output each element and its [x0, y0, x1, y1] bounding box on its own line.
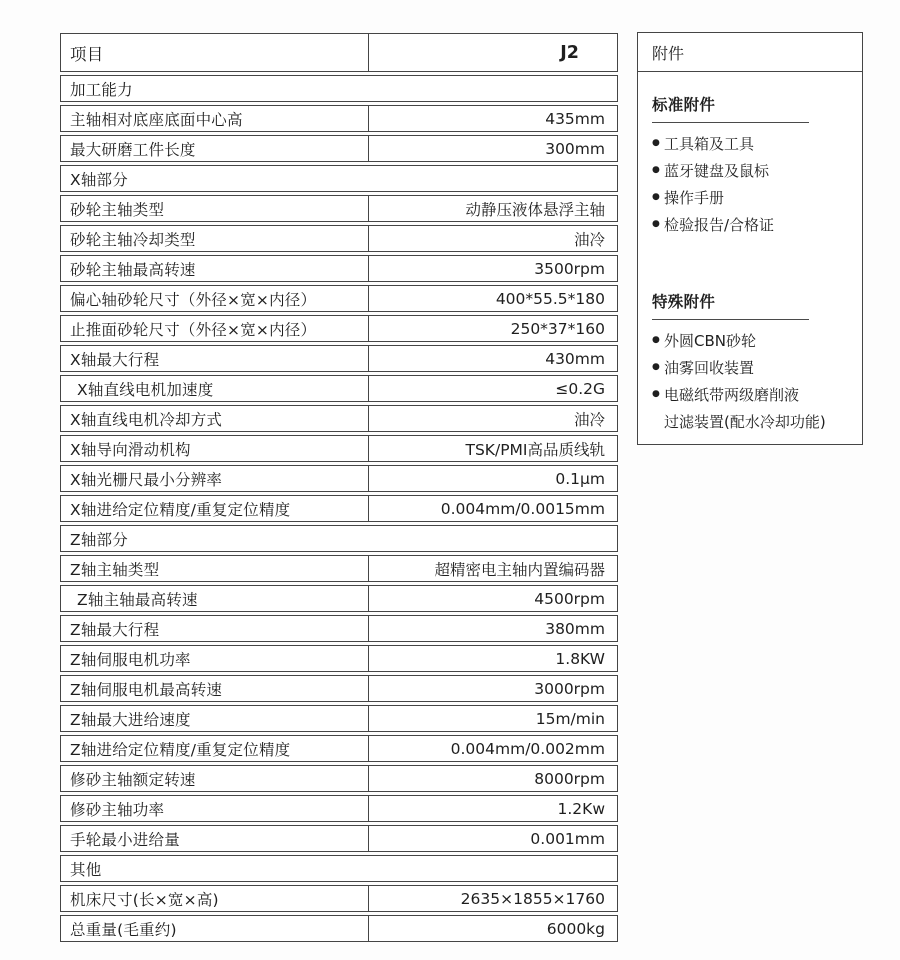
row-label: Z轴伺服电机最高转速 [61, 676, 368, 701]
row-value: 0.001mm [368, 826, 617, 851]
section-row: 加工能力 [60, 75, 618, 102]
accessory-section-heading: 标准附件 [652, 93, 809, 123]
table-row: 修砂主轴额定转速 8000rpm [60, 765, 618, 792]
accessory-item-text: 外圆CBN砂轮 [664, 330, 756, 351]
row-label: 修砂主轴额定转速 [61, 766, 368, 791]
row-value: 8000rpm [368, 766, 617, 791]
bullet-icon: ● [652, 336, 664, 345]
row-label: 砂轮主轴类型 [61, 196, 368, 221]
accessory-list: ● 外圆CBN砂轮 ● 油雾回收装置 ● 电磁纸带两级磨削液 过滤装置(配水冷却… [652, 327, 848, 435]
section-row: Z轴部分 [60, 525, 618, 552]
row-label: 止推面砂轮尺寸（外径×宽×内径） [61, 316, 368, 341]
row-label: 主轴相对底座底面中心高 [61, 106, 368, 131]
row-label: Z轴最大进给速度 [61, 706, 368, 731]
row-value: 动静压液体悬浮主轴 [368, 196, 617, 221]
table-row: 偏心轴砂轮尺寸（外径×宽×内径） 400*55.5*180 [60, 285, 618, 312]
bullet-icon: ● [652, 220, 664, 229]
row-value: 油冷 [368, 226, 617, 251]
row-value: 6000kg [368, 916, 617, 941]
table-row: 总重量(毛重约) 6000kg [60, 915, 618, 942]
table-row: Z轴最大进给速度 15m/min [60, 705, 618, 732]
table-row: X轴进给定位精度/重复定位精度 0.004mm/0.0015mm [60, 495, 618, 522]
bullet-icon: ● [652, 363, 664, 372]
row-value: 250*37*160 [368, 316, 617, 341]
spec-table-body: 加工能力 主轴相对底座底面中心高 435mm 最大研磨工件长度 300mm X轴… [60, 75, 618, 942]
accessory-item: ● 操作手册 [652, 184, 848, 211]
accessory-item: ● 油雾回收装置 [652, 354, 848, 381]
row-value: 300mm [368, 136, 617, 161]
bullet-icon: ● [652, 193, 664, 202]
row-label: X轴直线电机加速度 [61, 376, 368, 401]
row-label: X轴最大行程 [61, 346, 368, 371]
spec-table: 项目 J2 加工能力 主轴相对底座底面中心高 435mm 最大研磨工件长度 30… [60, 33, 618, 942]
row-label: Z轴进给定位精度/重复定位精度 [61, 736, 368, 761]
accessory-item-text: 工具箱及工具 [664, 133, 754, 154]
bullet-icon: ● [652, 390, 664, 399]
row-label: 其他 [61, 856, 617, 881]
table-row: X轴光栅尺最小分辨率 0.1μm [60, 465, 618, 492]
accessory-item-text: 过滤装置(配水冷却功能) [664, 411, 826, 432]
row-value: ≤0.2G [368, 376, 617, 401]
bullet-icon: ● [652, 139, 664, 148]
accessory-section: 特殊附件 ● 外圆CBN砂轮 ● 油雾回收装置 ● 电磁纸带两级磨削液 过滤装置… [652, 290, 848, 435]
accessories-title: 附件 [638, 33, 862, 72]
row-value: 400*55.5*180 [368, 286, 617, 311]
accessory-item: 过滤装置(配水冷却功能) [652, 408, 848, 435]
table-row: 手轮最小进给量 0.001mm [60, 825, 618, 852]
row-value: 2635×1855×1760 [368, 886, 617, 911]
row-value: 0.1μm [368, 466, 617, 491]
row-value: 0.004mm/0.0015mm [368, 496, 617, 521]
row-label: Z轴伺服电机功率 [61, 646, 368, 671]
row-label: X轴直线电机冷却方式 [61, 406, 368, 431]
row-label: 修砂主轴功率 [61, 796, 368, 821]
table-row: X轴直线电机加速度 ≤0.2G [60, 375, 618, 402]
accessory-list: ● 工具箱及工具 ● 蓝牙键盘及鼠标 ● 操作手册 ● 检验报告/合格证 [652, 130, 848, 238]
accessory-item-text: 油雾回收装置 [664, 357, 754, 378]
table-row: X轴直线电机冷却方式 油冷 [60, 405, 618, 432]
row-label: Z轴部分 [61, 526, 617, 551]
row-label: 机床尺寸(长×宽×高) [61, 886, 368, 911]
row-label: Z轴主轴最高转速 [61, 586, 368, 611]
table-row: 修砂主轴功率 1.2Kw [60, 795, 618, 822]
row-value: 435mm [368, 106, 617, 131]
row-label: Z轴最大行程 [61, 616, 368, 641]
section-row: X轴部分 [60, 165, 618, 192]
row-value: 1.2Kw [368, 796, 617, 821]
accessory-section-heading: 特殊附件 [652, 290, 809, 320]
table-row: Z轴最大行程 380mm [60, 615, 618, 642]
accessory-item: ● 蓝牙键盘及鼠标 [652, 157, 848, 184]
row-value: 380mm [368, 616, 617, 641]
table-row: Z轴伺服电机功率 1.8KW [60, 645, 618, 672]
accessory-item-text: 检验报告/合格证 [664, 214, 774, 235]
row-value: 4500rpm [368, 586, 617, 611]
accessory-item: ● 外圆CBN砂轮 [652, 327, 848, 354]
row-label: X轴部分 [61, 166, 617, 191]
table-row: 最大研磨工件长度 300mm [60, 135, 618, 162]
row-label: 加工能力 [61, 76, 617, 101]
table-row: X轴导向滑动机构 TSK/PMI高品质线轨 [60, 435, 618, 462]
row-value: 超精密电主轴内置编码器 [368, 556, 617, 581]
row-label: X轴导向滑动机构 [61, 436, 368, 461]
table-row: 砂轮主轴类型 动静压液体悬浮主轴 [60, 195, 618, 222]
table-row: Z轴进给定位精度/重复定位精度 0.004mm/0.002mm [60, 735, 618, 762]
table-row: 主轴相对底座底面中心高 435mm [60, 105, 618, 132]
row-value: 0.004mm/0.002mm [368, 736, 617, 761]
row-label: Z轴主轴类型 [61, 556, 368, 581]
header-item-cell: 项目 [61, 34, 368, 71]
accessory-item-text: 蓝牙键盘及鼠标 [664, 160, 769, 181]
row-label: 偏心轴砂轮尺寸（外径×宽×内径） [61, 286, 368, 311]
row-value: 油冷 [368, 406, 617, 431]
row-label: 最大研磨工件长度 [61, 136, 368, 161]
table-row: Z轴主轴最高转速 4500rpm [60, 585, 618, 612]
table-row: 止推面砂轮尺寸（外径×宽×内径） 250*37*160 [60, 315, 618, 342]
accessory-item-text: 操作手册 [664, 187, 724, 208]
row-label: X轴进给定位精度/重复定位精度 [61, 496, 368, 521]
bullet-icon: ● [652, 166, 664, 175]
table-row: X轴最大行程 430mm [60, 345, 618, 372]
table-row: Z轴主轴类型 超精密电主轴内置编码器 [60, 555, 618, 582]
row-label: 砂轮主轴冷却类型 [61, 226, 368, 251]
spec-table-header-row: 项目 J2 [60, 33, 618, 72]
accessory-item-text: 电磁纸带两级磨削液 [664, 384, 799, 405]
section-row: 其他 [60, 855, 618, 882]
table-row: Z轴伺服电机最高转速 3000rpm [60, 675, 618, 702]
accessories-body: 标准附件 ● 工具箱及工具 ● 蓝牙键盘及鼠标 ● 操作手册 ● 检验报告/合格… [638, 72, 862, 435]
row-label: 砂轮主轴最高转速 [61, 256, 368, 281]
row-label: 总重量(毛重约) [61, 916, 368, 941]
row-value: 430mm [368, 346, 617, 371]
row-value: TSK/PMI高品质线轨 [368, 436, 617, 461]
table-row: 砂轮主轴冷却类型 油冷 [60, 225, 618, 252]
accessory-section: 标准附件 ● 工具箱及工具 ● 蓝牙键盘及鼠标 ● 操作手册 ● 检验报告/合格… [652, 93, 848, 238]
row-value: 3000rpm [368, 676, 617, 701]
row-label: 手轮最小进给量 [61, 826, 368, 851]
row-value: 15m/min [368, 706, 617, 731]
row-value: 3500rpm [368, 256, 617, 281]
row-label: X轴光栅尺最小分辨率 [61, 466, 368, 491]
table-row: 砂轮主轴最高转速 3500rpm [60, 255, 618, 282]
table-row: 机床尺寸(长×宽×高) 2635×1855×1760 [60, 885, 618, 912]
row-value: 1.8KW [368, 646, 617, 671]
accessories-panel: 附件 标准附件 ● 工具箱及工具 ● 蓝牙键盘及鼠标 ● 操作手册 ● 检验报告… [637, 32, 863, 445]
accessory-item: ● 检验报告/合格证 [652, 211, 848, 238]
accessory-item: ● 工具箱及工具 [652, 130, 848, 157]
header-model-cell: J2 [368, 34, 617, 71]
accessory-item: ● 电磁纸带两级磨削液 [652, 381, 848, 408]
